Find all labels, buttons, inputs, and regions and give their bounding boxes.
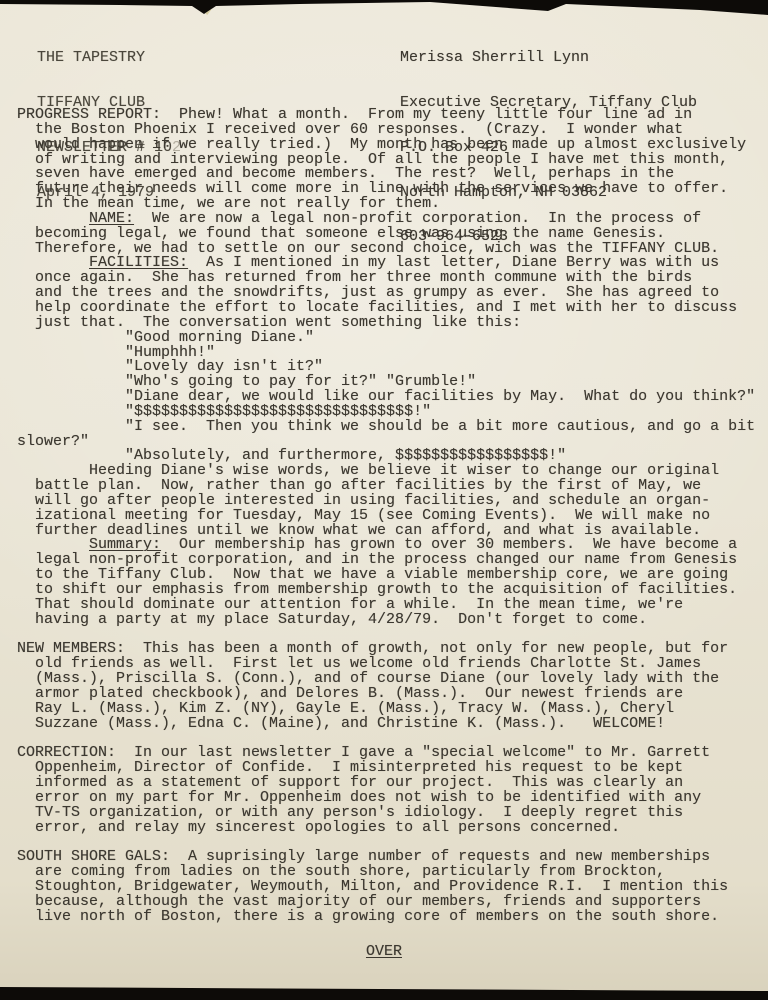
over-label: OVER xyxy=(366,943,402,960)
progress-report-section: PROGRESS REPORT: Phew! What a month. Fro… xyxy=(17,108,768,212)
correction-section: CORRECTION: In our last newsletter I gav… xyxy=(17,746,768,835)
text-line: Suzzane (Mass.), Edna C. (Maine), and Ch… xyxy=(17,717,768,732)
paper-tear-mark xyxy=(194,4,218,15)
text-line: having a party at my place Saturday, 4/2… xyxy=(17,613,768,628)
facilities-subsection: FACILITIES: As I mentioned in my last le… xyxy=(17,256,768,330)
text-line: live north of Boston, there is a growing… xyxy=(17,910,768,925)
text-line: "I see. Then you think we should be a bi… xyxy=(17,420,768,435)
summary-subsection: Summary: Our membership has grown to ove… xyxy=(17,538,768,627)
heeding-paragraph: Heeding Diane's wise words, we believe i… xyxy=(17,464,768,538)
scanned-newsletter-page: THE TAPESTRY TIFFANY CLUB NEWSLETTER # 1… xyxy=(0,0,768,1000)
new-members-section: NEW MEMBERS: This has been a month of gr… xyxy=(17,642,768,731)
page-footer: OVER xyxy=(0,944,768,959)
paper-sheet: THE TAPESTRY TIFFANY CLUB NEWSLETTER # 1… xyxy=(0,0,768,1000)
name-subsection: NAME: We are now a legal non-profit corp… xyxy=(17,212,768,257)
south-shore-gals-section: SOUTH SHORE GALS: A suprisingly large nu… xyxy=(17,850,768,924)
newsletter-body: PROGRESS REPORT: Phew! What a month. Fro… xyxy=(17,108,768,924)
secretary-name: Merissa Sherrill Lynn xyxy=(400,50,697,65)
text-line: error, and relay my sincerest opologies … xyxy=(17,821,768,836)
publication-title: THE TAPESTRY xyxy=(37,50,181,65)
letterhead: THE TAPESTRY TIFFANY CLUB NEWSLETTER # 1… xyxy=(0,20,768,108)
dialogue-block: "Good morning Diane." "Humphhh!" "Lovely… xyxy=(17,331,768,465)
